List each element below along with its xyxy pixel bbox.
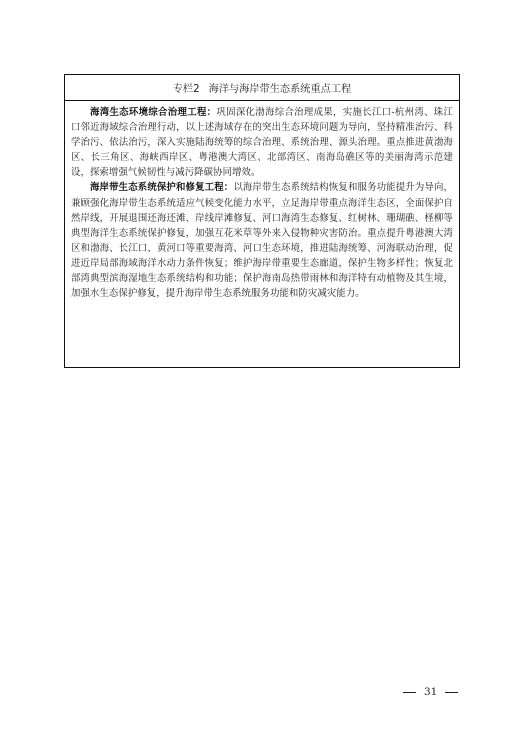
paragraph-lead-heading: 海岸带生态系统保护和修复工程： [90, 182, 233, 193]
column-box-header: 专栏2 海洋与海岸带生态系统重点工程 [65, 75, 459, 101]
dash-right [445, 692, 458, 693]
paragraph-bay-governance: 海湾生态环境综合治理工程：巩固深化渤海综合治理成果，实施长江口-杭州湾、珠江口邻… [71, 105, 453, 180]
dash-left [403, 692, 416, 693]
column-title: 海洋与海岸带生态系统重点工程 [209, 80, 352, 95]
paragraph-text: 以海岸带生态系统结构恢复和服务功能提升为导向，兼顾强化海岸带生态系统适应气候变化… [71, 182, 453, 299]
page-footer: 31 [403, 686, 458, 698]
page-number: 31 [424, 686, 437, 698]
column-number-label: 专栏2 [173, 80, 200, 95]
paragraph-coastal-restoration: 海岸带生态系统保护和修复工程：以海岸带生态系统结构恢复和服务功能提升为导向，兼顾… [71, 180, 453, 301]
column-box: 专栏2 海洋与海岸带生态系统重点工程 海湾生态环境综合治理工程：巩固深化渤海综合… [64, 74, 460, 368]
column-box-body: 海湾生态环境综合治理工程：巩固深化渤海综合治理成果，实施长江口-杭州湾、珠江口邻… [65, 101, 459, 301]
paragraph-lead-heading: 海湾生态环境综合治理工程： [90, 107, 216, 118]
